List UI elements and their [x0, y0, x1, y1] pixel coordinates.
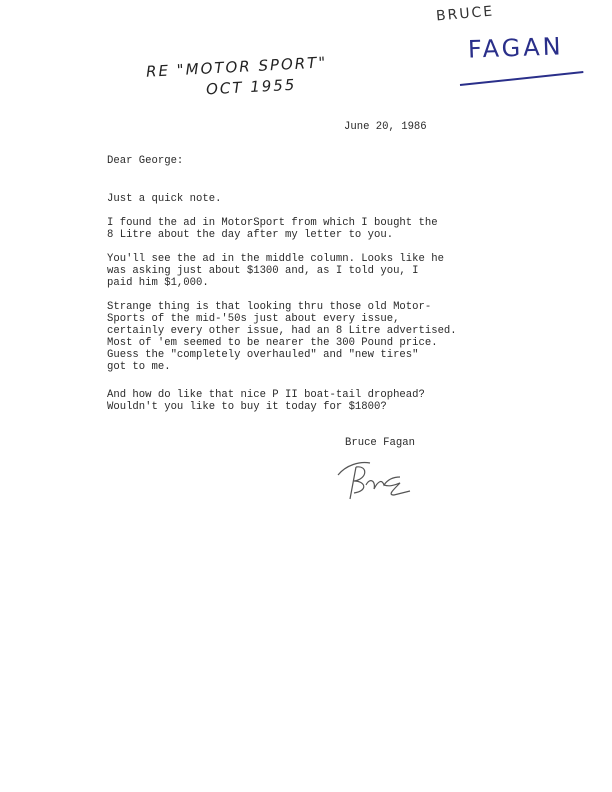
signature-icon [334, 455, 424, 510]
letter-signoff: Bruce Fagan [345, 437, 415, 449]
handwritten-date-note: OCT 1955 [206, 76, 297, 99]
paragraph-3: You'll see the ad in the middle column. … [107, 253, 444, 289]
letter-salutation: Dear George: [107, 155, 183, 167]
letter-date: June 20, 1986 [344, 121, 427, 133]
handwritten-re-note: RE "MOTOR SPORT" [146, 53, 328, 80]
handwritten-underline [460, 71, 584, 86]
paragraph-1: Just a quick note. [107, 193, 221, 205]
handwritten-first-name: BRUCE [435, 3, 494, 24]
paragraph-5: And how do like that nice P II boat-tail… [107, 389, 425, 413]
handwritten-last-name: FAGAN [468, 32, 564, 63]
paragraph-4: Strange thing is that looking thru those… [107, 301, 457, 373]
paragraph-2: I found the ad in MotorSport from which … [107, 217, 438, 241]
